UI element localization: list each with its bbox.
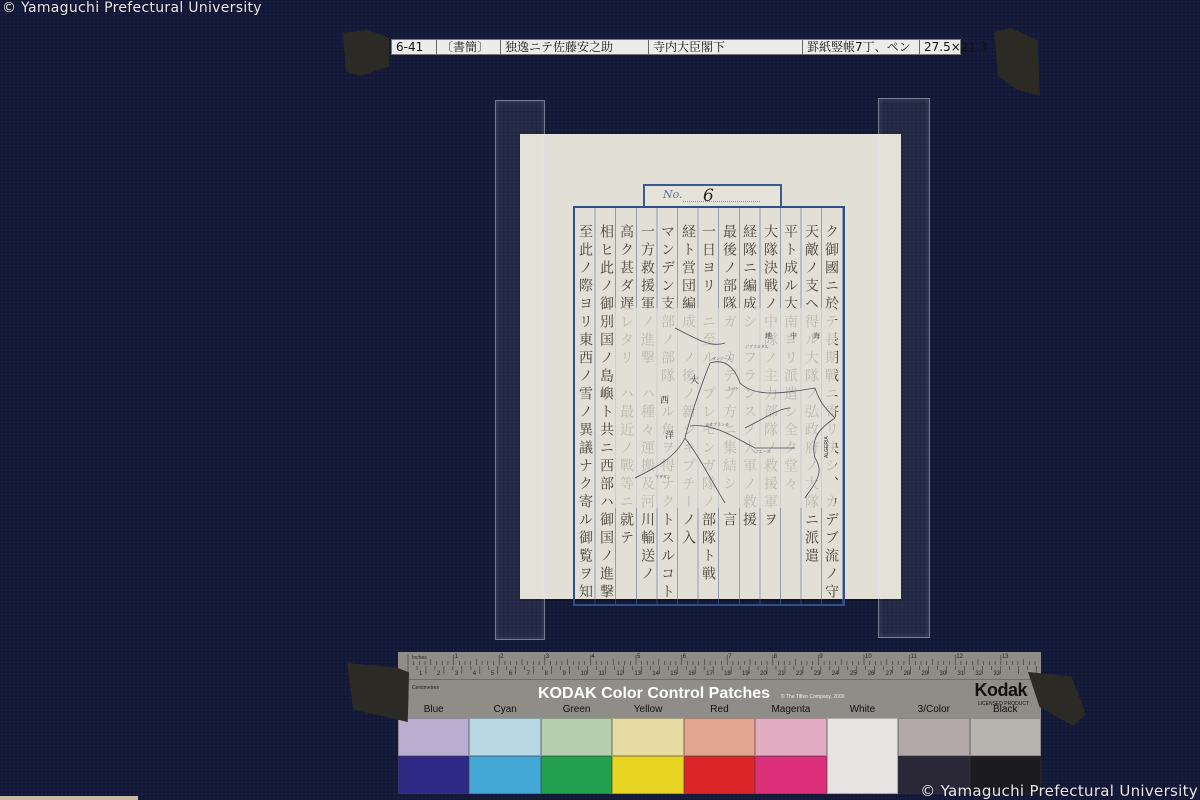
map-label: マザガン <box>655 473 671 479</box>
cm-tick-label: 27 <box>886 671 893 677</box>
card-copyright: © The Tiffen Company, 2000 <box>781 694 844 700</box>
page-number-label: No. <box>663 188 683 201</box>
cm-tick-label: 12 <box>616 671 623 677</box>
patch-red-dark <box>684 756 755 794</box>
map-label: タンジール <box>712 355 732 361</box>
patch-label-magenta: Magenta <box>755 704 826 718</box>
dimensions: 27.5×21.3 <box>920 40 960 54</box>
patch-blue-light <box>398 718 469 756</box>
cm-tick-label: 29 <box>922 671 929 677</box>
sender: 独逸ニテ佐藤安之助 <box>501 40 649 54</box>
map-label-atlantic-3: 洋 <box>665 429 674 440</box>
map-label: ラバト <box>727 386 739 391</box>
cm-tick-label: 2 <box>437 671 440 677</box>
cm-tick-label: 11 <box>598 671 604 677</box>
cm-tick-label: 14 <box>652 671 659 677</box>
ruled-writing-area: ク御國ニ於テ長期戰ニ寄リ決シ、カデブ流ノ守備 天敵ノ支ヘ得ル大隊ノ弘政府ノ大隊ニ… <box>573 206 845 606</box>
tape-top-left <box>341 28 389 76</box>
patch-yellow-light <box>612 718 683 756</box>
inch-tick-label: 10 <box>865 654 872 660</box>
cm-tick-label: 17 <box>706 671 713 677</box>
inch-tick-label: 9 <box>819 654 822 660</box>
cm-tick-label: 7 <box>527 671 530 677</box>
cm-tick-label: 24 <box>832 671 839 677</box>
cm-tick-label: 28 <box>904 671 911 677</box>
document-type: 〔書簡〕 <box>437 40 501 54</box>
cm-tick-label: 26 <box>868 671 875 677</box>
cm-tick-label: 22 <box>796 671 803 677</box>
recipient: 寺内大臣閣下 <box>649 40 803 54</box>
cm-tick-label: 31 <box>957 671 964 677</box>
map-label-med-1: 地 <box>765 331 772 340</box>
hand-drawn-map: ジブラルタル タンジール ラバト カサブランカ フエース マザガン 大 西 洋 … <box>615 308 835 508</box>
inch-tick-label: 3 <box>546 654 549 660</box>
cm-tick-label: 9 <box>563 671 566 677</box>
cm-tick-label: 16 <box>688 671 695 677</box>
cm-tick-label: 33 <box>993 671 1000 677</box>
cm-tick-label: 6 <box>509 671 512 677</box>
inch-tick-label: 13 <box>1002 654 1009 660</box>
map-label-med-3: 海 <box>813 331 820 340</box>
patch-label-yellow: Yellow <box>612 704 683 718</box>
cm-tick-label: 30 <box>940 671 947 677</box>
cm-tick-label: 32 <box>975 671 982 677</box>
inch-tick-label: 12 <box>956 654 963 660</box>
material: 罫紙竪帳7丁、ペン <box>803 40 920 54</box>
ruler-cm-label: Centimetres <box>412 685 439 691</box>
cm-tick-label: 20 <box>760 671 767 677</box>
handwritten-column: 至此ノ際ヨリ東西ノ雪ノ異議ナク寄ル御覧ヲ知ラ候 <box>575 224 595 600</box>
cm-tick-label: 1 <box>419 671 422 677</box>
kodak-color-control-card: Inches 123456789101112131234567891011121… <box>398 652 1041 794</box>
letter-page: No. 6 ク御國ニ於テ長期戰ニ寄リ決シ、カデブ流ノ守備 天敵ノ支ヘ得ル大隊ノ弘… <box>520 134 901 599</box>
cm-tick-label: 10 <box>581 671 588 677</box>
map-label-atlantic-1: 大 <box>690 374 699 385</box>
patch-blue-dark <box>398 756 469 794</box>
inch-tick-label: 11 <box>911 654 917 660</box>
map-label: ジブラルタル <box>745 343 769 349</box>
cm-tick-label: 4 <box>473 671 476 677</box>
patch-label-blue: Blue <box>398 704 469 718</box>
patch-label-3color: 3/Color <box>898 704 969 718</box>
cm-tick-label: 23 <box>814 671 821 677</box>
catalog-label-strip: 6-41 〔書簡〕 独逸ニテ佐藤安之助 寺内大臣閣下 罫紙竪帳7丁、ペン 27.… <box>391 39 961 55</box>
cm-tick-label: 18 <box>724 671 731 677</box>
map-label-algeria: ALGERIA <box>824 436 830 458</box>
patch-white-light <box>827 718 898 794</box>
inch-tick-label: 8 <box>774 654 777 660</box>
cm-tick-label: 3 <box>455 671 458 677</box>
copyright-watermark-bottom: © Yamaguchi Prefectural University <box>920 782 1198 800</box>
patch-cyan-dark <box>469 756 540 794</box>
map-label: フエース <box>755 449 771 454</box>
patch-3color-light <box>898 718 969 756</box>
map-label-med-2: 中 <box>790 331 797 340</box>
patch-magenta-dark <box>755 756 826 794</box>
map-label-atlantic-2: 西 <box>660 395 669 405</box>
patch-magenta-light <box>755 718 826 756</box>
acrylic-holder-right <box>878 98 930 638</box>
patch-cyan-light <box>469 718 540 756</box>
patch-label-cyan: Cyan <box>469 704 540 718</box>
patch-red-light <box>684 718 755 756</box>
cm-tick-label: 5 <box>491 671 494 677</box>
page-number-box: No. 6 <box>643 184 782 207</box>
patch-label-white: White <box>827 704 898 718</box>
cm-tick-label: 25 <box>850 671 857 677</box>
tape-top-right <box>992 28 1040 96</box>
inch-tick-label: 6 <box>683 654 686 660</box>
acrylic-holder-left <box>495 100 545 640</box>
patch-green-dark <box>541 756 612 794</box>
kodak-logo: Kodak <box>974 680 1027 701</box>
card-title: KODAK Color Control Patches <box>538 685 770 703</box>
patch-yellow-dark <box>612 756 683 794</box>
page-number-dotted-line <box>683 201 760 202</box>
patch-green-light <box>541 718 612 756</box>
map-label: カサブランカ <box>705 421 729 427</box>
inch-tick-label: 7 <box>728 654 731 660</box>
inch-tick-label: 4 <box>591 654 594 660</box>
patch-labels: Blue Cyan Green Yellow Red Magenta White… <box>398 704 1041 718</box>
catalog-id: 6-41 <box>392 40 437 54</box>
patch-label-red: Red <box>684 704 755 718</box>
handwritten-column: 相ヒ此ノ御別国ノ島嶼ト共ニ西部ハ御国ノ進撃 <box>596 224 616 600</box>
inch-tick-label: 5 <box>637 654 640 660</box>
tape-bottom-left <box>347 660 409 722</box>
cm-tick-label: 13 <box>634 671 641 677</box>
cm-tick-label: 21 <box>778 671 785 677</box>
inch-tick-label: 1 <box>455 654 458 660</box>
cm-tick-label: 15 <box>670 671 677 677</box>
inch-tick-label: 2 <box>500 654 503 660</box>
patch-label-green: Green <box>541 704 612 718</box>
patch-black-light <box>970 718 1041 756</box>
page-number: 6 <box>703 186 714 206</box>
copyright-watermark-top: © Yamaguchi Prefectural University <box>2 0 262 16</box>
patch-label-black: Black <box>970 704 1041 718</box>
cm-tick-label: 19 <box>742 671 749 677</box>
bottom-edge-strip <box>0 796 138 800</box>
ruler: Inches 123456789101112131234567891011121… <box>398 652 1041 680</box>
cm-tick-label: 8 <box>545 671 548 677</box>
